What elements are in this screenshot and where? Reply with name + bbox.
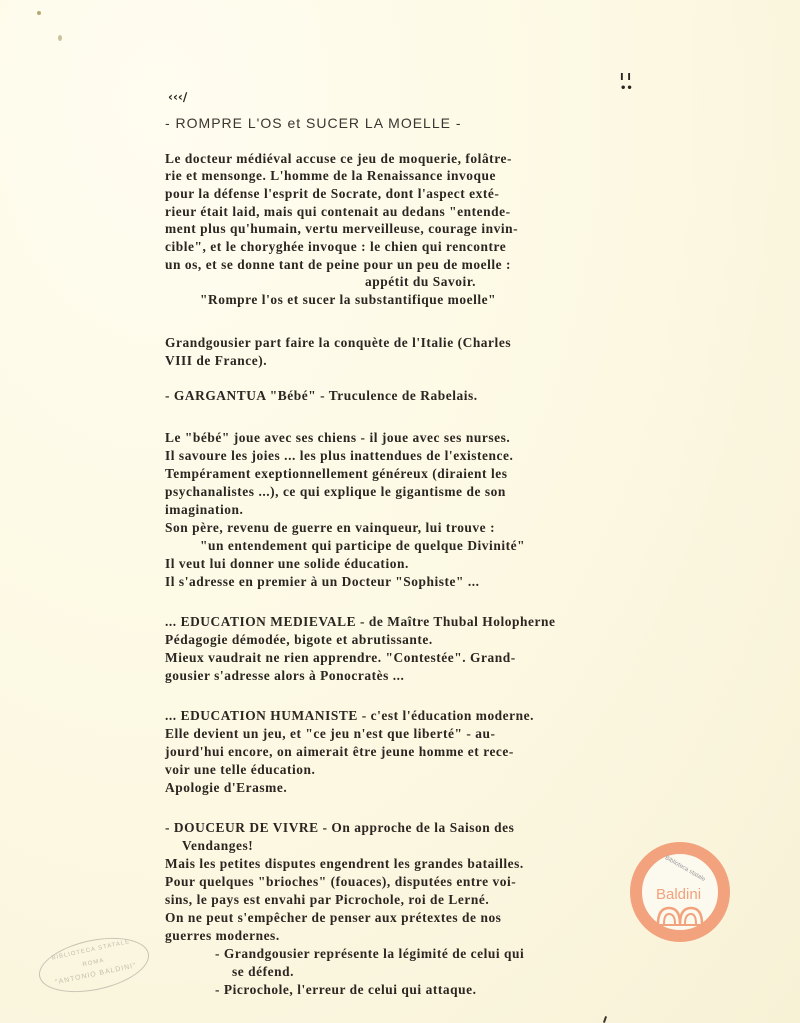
text-line: Elle devient un jeu, et "ce jeu n'est qu… <box>165 726 496 742</box>
text-line: Le "bébé" joue avec ses chiens - il joue… <box>165 430 510 446</box>
text-line: Mais les petites disputes engendrent les… <box>165 856 524 872</box>
text-line: Vendanges! <box>182 838 253 854</box>
text-line: sins, le pays est envahi par Picrochole,… <box>165 892 489 908</box>
text-line: Mieux vaudrait ne rien apprendre. "Conte… <box>165 650 516 666</box>
baldini-library-stamp: Biblioteca statale Baldini <box>630 842 730 942</box>
open-book-icon <box>656 904 704 926</box>
section-heading: - GARGANTUA "Bébé" - Truculence de Rabel… <box>165 388 478 404</box>
section-heading: ... EDUCATION MEDIEVALE - de Maître Thub… <box>165 614 556 630</box>
paper-spot <box>37 11 41 15</box>
text-line: imagination. <box>165 502 243 518</box>
page-mark-right: I I •• <box>620 72 633 94</box>
quote-line: "un entendement qui participe de quelque… <box>200 538 525 554</box>
text-line: Pédagogie démodée, bigote et abrutissant… <box>165 632 433 648</box>
text-line: Il veut lui donner une solide éducation. <box>165 556 409 572</box>
text-line: jourd'hui encore, on aimerait être jeune… <box>165 744 514 760</box>
list-item: - Picrochole, l'erreur de celui qui atta… <box>215 982 476 998</box>
stamp-brand: Baldini <box>656 886 701 903</box>
text-line: Il savoure les joies ... les plus inatte… <box>165 448 513 464</box>
text-line: un os, et se donne tant de peine pour un… <box>165 257 511 273</box>
stamp-small-text: Biblioteca statale <box>663 855 706 884</box>
list-item: - Grandgousier représente la légimité de… <box>215 946 524 962</box>
page-mark-left: ‹‹‹∕ <box>168 90 187 104</box>
section-heading: - DOUCEUR DE VIVRE - On approche de la S… <box>165 820 514 836</box>
text-line: cible", et le choryghée invoque : le chi… <box>165 239 506 255</box>
pen-mark <box>603 1016 607 1023</box>
text-line: rie et mensonge. L'homme de la Renaissan… <box>165 168 496 184</box>
text-line: On ne peut s'empêcher de penser aux prét… <box>165 910 501 926</box>
text-line: se défend. <box>232 964 294 980</box>
section-heading: ... EDUCATION HUMANISTE - c'est l'éducat… <box>165 708 534 724</box>
text-line: guerres modernes. <box>165 928 280 944</box>
document-page: ‹‹‹∕ I I •• - ROMPRE L'OS et SUCER LA MO… <box>0 0 800 1023</box>
text-line: pour la défense l'esprit de Socrate, don… <box>165 186 499 202</box>
text-line: gousier s'adresse alors à Ponocratès ... <box>165 668 404 684</box>
text-line: ment plus qu'humain, vertu merveilleuse,… <box>165 221 518 237</box>
paper-spot <box>58 35 62 41</box>
library-oval-stamp: BIBLIOTECA STATALE ROMA "ANTONIO BALDINI… <box>34 929 154 1001</box>
text-line: Le docteur médiéval accuse ce jeu de moq… <box>165 151 512 167</box>
text-line: Pour quelques "brioches" (fouaces), disp… <box>165 874 516 890</box>
text-line: Son père, revenu de guerre en vainqueur,… <box>165 520 495 536</box>
text-line: appétit du Savoir. <box>365 274 476 290</box>
text-line: Grandgousier part faire la conquète de l… <box>165 335 511 351</box>
text-line: voir une telle éducation. <box>165 762 315 778</box>
text-line: rieur était laid, mais qui contenait au … <box>165 204 511 220</box>
text-line: Apologie d'Erasme. <box>165 780 287 796</box>
text-line: VIII de France). <box>165 353 267 369</box>
text-line: Il s'adresse en premier à un Docteur "So… <box>165 574 480 590</box>
text-line: psychanalistes ...), ce qui explique le … <box>165 484 506 500</box>
text-line: Tempérament exeptionnellement généreux (… <box>165 466 507 482</box>
document-title: - ROMPRE L'OS et SUCER LA MOELLE - <box>165 115 462 131</box>
quote-line: "Rompre l'os et sucer la substantifique … <box>200 292 496 308</box>
